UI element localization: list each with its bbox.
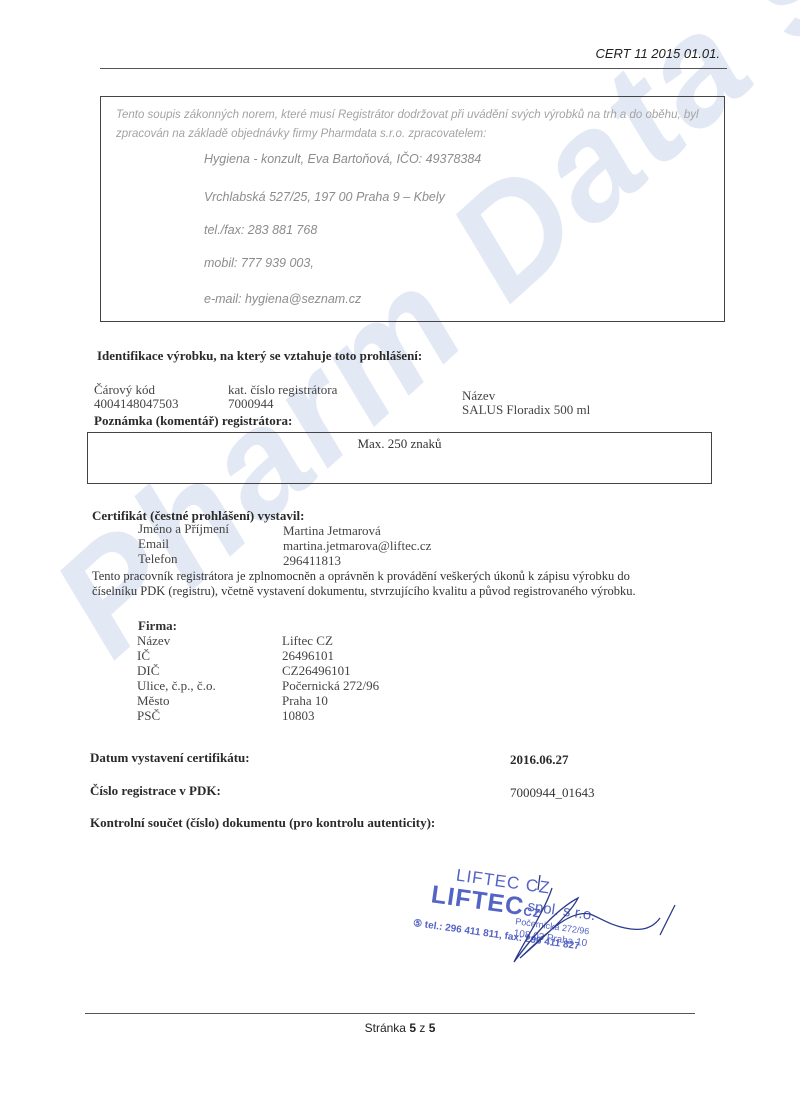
info-intro: Tento soupis zákonných norem, které musí…	[116, 106, 716, 144]
company-zip-value: 10803	[282, 708, 315, 724]
signature-icon	[500, 870, 700, 970]
registration-value: 7000944_01643	[510, 785, 595, 801]
header-divider	[100, 68, 727, 69]
company-ic-label: IČ	[137, 648, 150, 664]
company-zip-label: PSČ	[137, 708, 160, 724]
company-heading: Firma:	[138, 618, 177, 634]
issuer-phone-value: 296411813	[283, 553, 341, 569]
checksum-label: Kontrolní součet (číslo) dokumentu (pro …	[90, 815, 435, 831]
company-city-label: Město	[137, 693, 170, 709]
footer-divider	[85, 1013, 695, 1014]
product-name-value: SALUS Floradix 500 ml	[462, 402, 590, 418]
processor-address: Vrchlabská 527/25, 197 00 Praha 9 – Kbel…	[204, 190, 445, 204]
page-number: Stránka 5 z 5	[0, 1021, 800, 1035]
authorization-statement: Tento pracovník registrátora je zplnomoc…	[92, 569, 652, 599]
issuer-name-label: Jméno a Příjmení	[138, 521, 229, 537]
company-name-value: Liftec CZ	[282, 633, 333, 649]
document-page: CERT 11 2015 01.01. Tento soupis zákonný…	[0, 0, 800, 1100]
issuer-email-label: Email	[138, 536, 169, 552]
issue-date-value: 2016.06.27	[510, 752, 569, 768]
issuer-name-value: Martina Jetmarová	[283, 523, 381, 539]
issue-date-label: Datum vystavení certifikátu:	[90, 750, 250, 766]
company-street-label: Ulice, č.p., č.o.	[137, 678, 216, 694]
processor-email: e-mail: hygiena@seznam.cz	[204, 292, 361, 306]
note-box: Max. 250 znaků	[87, 432, 712, 484]
company-ic-value: 26496101	[282, 648, 334, 664]
company-name-label: Název	[137, 633, 170, 649]
barcode-value: 4004148047503	[94, 396, 179, 412]
issuer-phone-label: Telefon	[138, 551, 178, 567]
company-street-value: Počernická 272/96	[282, 678, 379, 694]
note-heading: Poznámka (komentář) registrátora:	[94, 413, 292, 429]
registration-label: Číslo registrace v PDK:	[90, 783, 221, 799]
processor-phone: tel./fax: 283 881 768	[204, 223, 317, 237]
catalog-value: 7000944	[228, 396, 274, 412]
company-dic-label: DIČ	[137, 663, 159, 679]
processor-mobile: mobil: 777 939 003,	[204, 256, 314, 270]
product-heading: Identifikace výrobku, na který se vztahu…	[97, 348, 422, 364]
note-placeholder: Max. 250 znaků	[88, 436, 711, 452]
processor-name: Hygiena - konzult, Eva Bartoňová, IČO: 4…	[204, 152, 481, 166]
processor-info-box: Tento soupis zákonných norem, které musí…	[100, 96, 725, 322]
document-code: CERT 11 2015 01.01.	[595, 46, 720, 61]
company-city-value: Praha 10	[282, 693, 328, 709]
company-dic-value: CZ26496101	[282, 663, 351, 679]
issuer-email-value: martina.jetmarova@liftec.cz	[283, 538, 431, 554]
